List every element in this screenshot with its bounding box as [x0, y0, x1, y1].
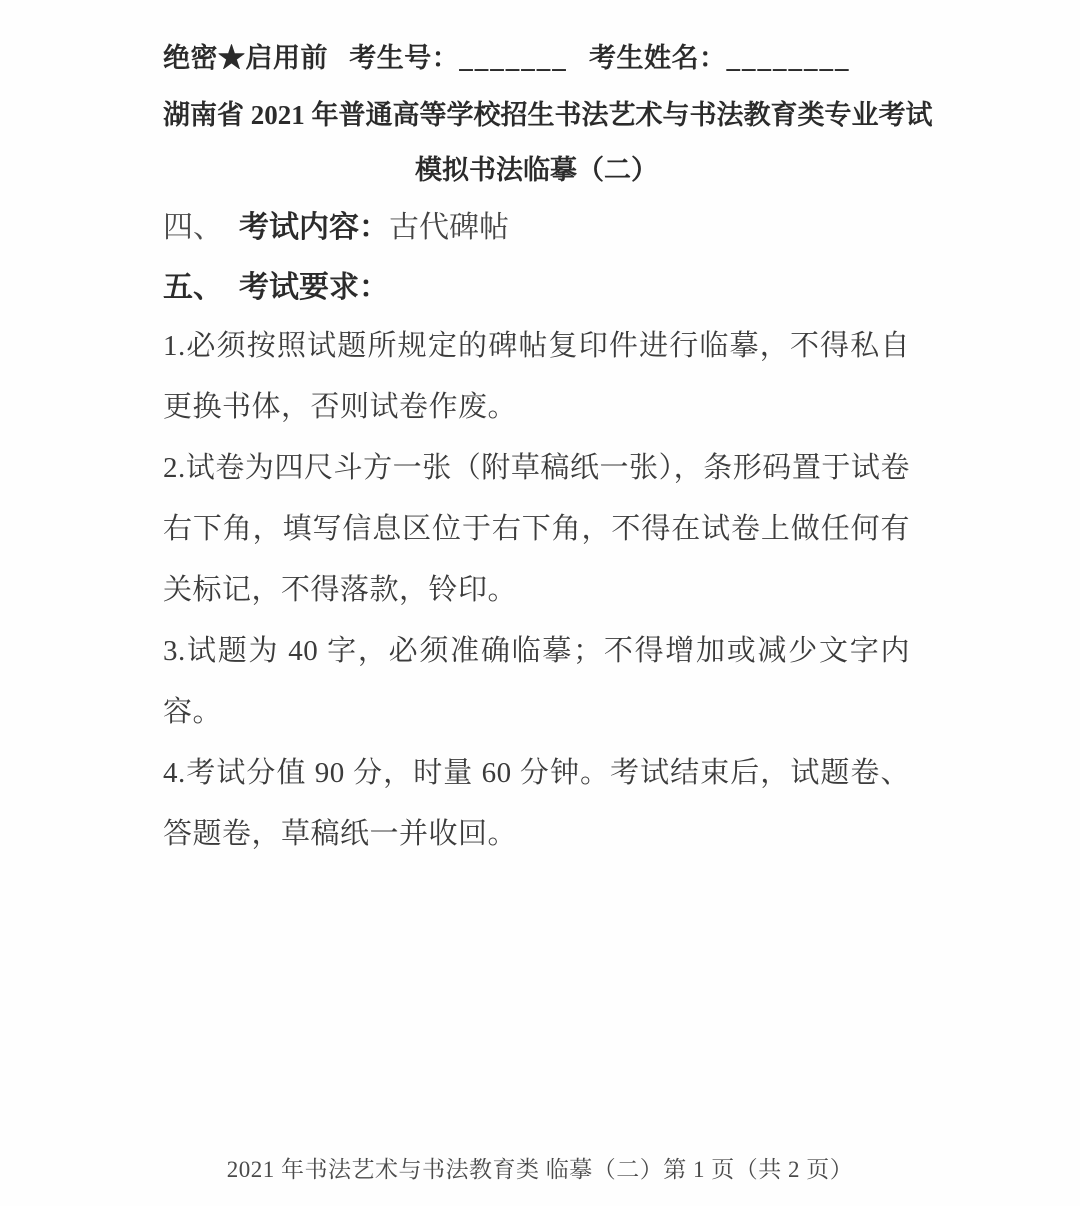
exam-paper-page: 绝密★启用前 考生号：_______ 考生姓名：________ 湖南省 202… — [0, 0, 1080, 1206]
section-four-value: 古代碑帖 — [389, 211, 509, 244]
candidate-number-label: 考生号： — [349, 43, 459, 73]
requirement-item-4: 4.考试分值 90 分，时量 60 分钟。考试结束后，试题卷、答题卷，草稿纸一并… — [163, 743, 910, 865]
requirement-item-2: 2.试卷为四尺斗方一张（附草稿纸一张），条形码置于试卷右下角，填写信息区位于右下… — [163, 438, 910, 621]
secrecy-label: 绝密★启用前 — [163, 43, 328, 73]
section-exam-content: 四、考试内容：古代碑帖 — [163, 204, 910, 251]
candidate-number-blank: _______ — [459, 43, 568, 73]
candidate-name-label: 考生姓名： — [589, 43, 727, 73]
requirement-item-1: 1.必须按照试题所规定的碑帖复印件进行临摹，不得私自更换书体，否则试卷作废。 — [163, 316, 910, 438]
secrecy-header: 绝密★启用前 考生号：_______ 考生姓名：________ — [163, 38, 910, 78]
requirements-list: 1.必须按照试题所规定的碑帖复印件进行临摹，不得私自更换书体，否则试卷作废。 2… — [163, 316, 910, 865]
section-five-label: 考试要求： — [239, 271, 389, 304]
section-four-index: 四、 — [163, 211, 223, 244]
candidate-name-blank: ________ — [727, 43, 851, 73]
exam-title: 湖南省 2021 年普通高等学校招生书法艺术与书法教育类专业考试 — [163, 94, 910, 136]
requirement-item-3: 3.试题为 40 字，必须准确临摹；不得增加或减少文字内容。 — [163, 621, 910, 743]
section-five-index: 五、 — [163, 271, 223, 304]
exam-subtitle: 模拟书法临摹（二） — [163, 149, 910, 191]
section-exam-requirements: 五、考试要求： — [163, 264, 910, 311]
section-four-label: 考试内容： — [239, 211, 389, 244]
page-footer: 2021 年书法艺术与书法教育类 临摹（二）第 1 页（共 2 页） — [0, 1151, 1080, 1184]
